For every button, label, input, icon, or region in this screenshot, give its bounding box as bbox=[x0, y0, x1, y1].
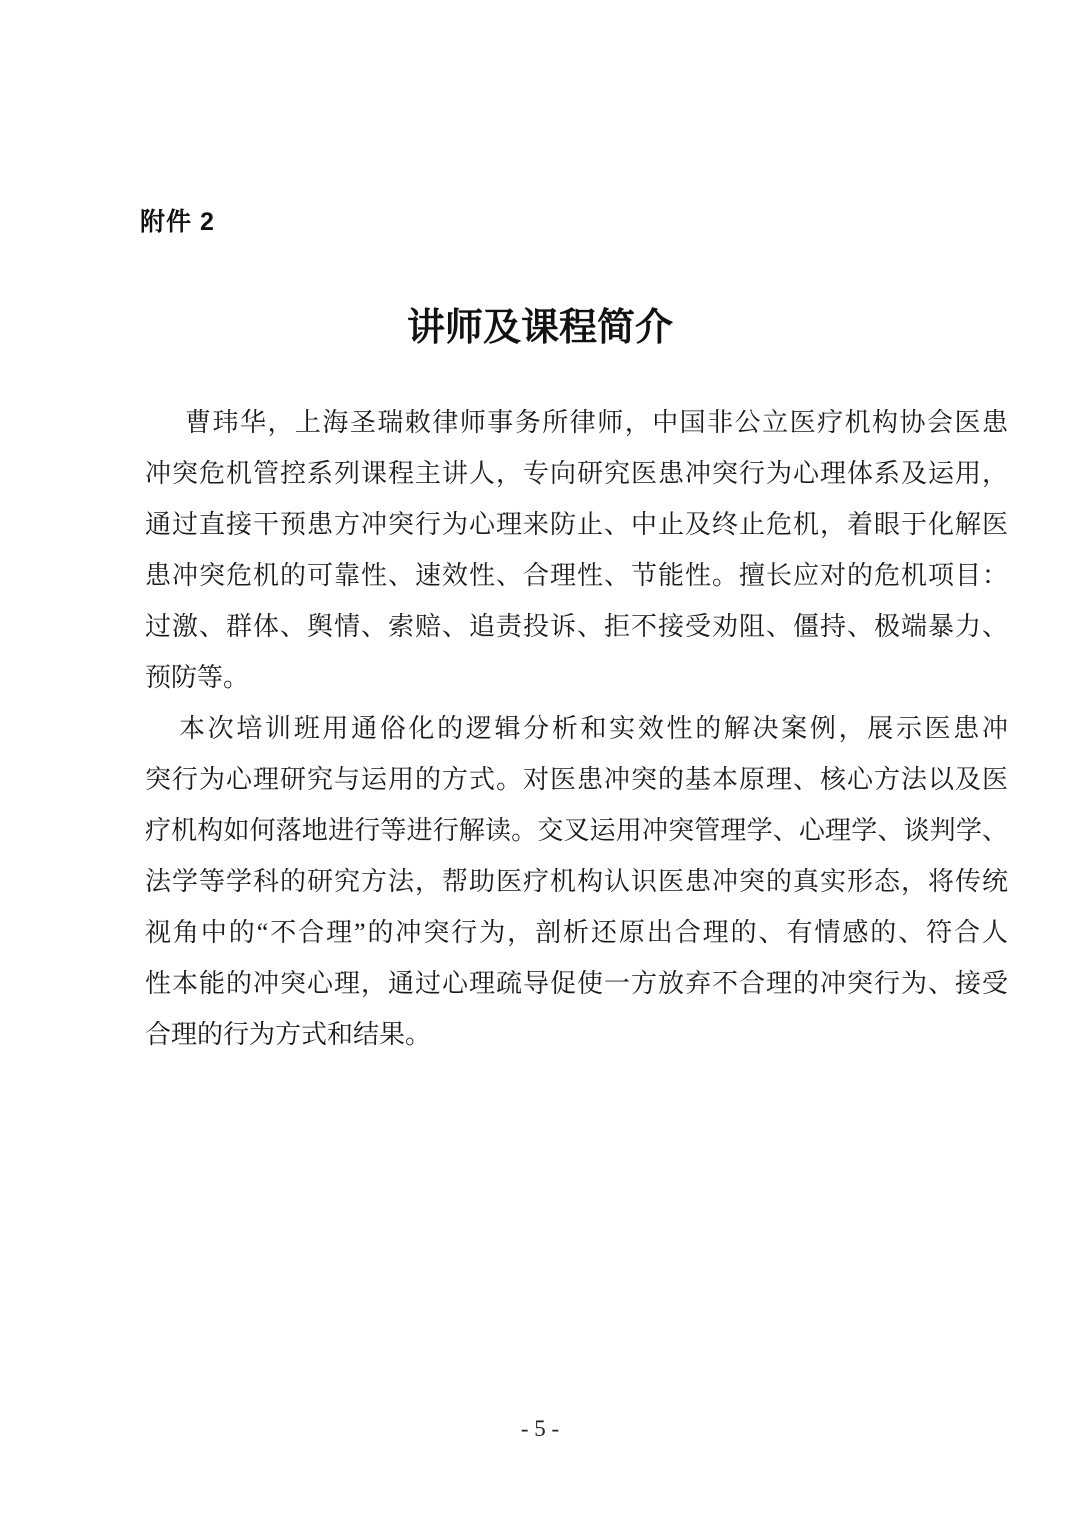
text-line: 疗机构如何落地进行等进行解读。交叉运用冲突管理学、心理学、谈判学、 bbox=[145, 805, 1008, 856]
paragraph: 曹玮华，上海圣瑞敕律师事务所律师，中国非公立医疗机构协会医患 冲突危机管控系列课… bbox=[145, 397, 1008, 703]
text-line: 曹玮华，上海圣瑞敕律师事务所律师，中国非公立医疗机构协会医患 bbox=[145, 397, 1008, 448]
text-line: 法学等学科的研究方法，帮助医疗机构认识医患冲突的真实形态，将传统 bbox=[145, 856, 1008, 907]
paragraph: 本次培训班用通俗化的逻辑分析和实效性的解决案例，展示医患冲 突行为心理研究与运用… bbox=[145, 703, 1008, 1060]
page-number: - 5 - bbox=[0, 1416, 1080, 1442]
document-body: 曹玮华，上海圣瑞敕律师事务所律师，中国非公立医疗机构协会医患 冲突危机管控系列课… bbox=[145, 397, 1008, 1060]
text-line: 患冲突危机的可靠性、速效性、合理性、节能性。擅长应对的危机项目： bbox=[145, 550, 1008, 601]
text-line: 冲突危机管控系列课程主讲人，专向研究医患冲突行为心理体系及运用， bbox=[145, 448, 1008, 499]
text-line: 视角中的“不合理”的冲突行为，剖析还原出合理的、有情感的、符合人 bbox=[145, 907, 1008, 958]
text-line: 合理的行为方式和结果。 bbox=[145, 1009, 1008, 1060]
page-title: 讲师及课程简介 bbox=[0, 296, 1080, 351]
text-line: 性本能的冲突心理，通过心理疏导促使一方放弃不合理的冲突行为、接受 bbox=[145, 958, 1008, 1009]
attachment-label: 附件 2 bbox=[140, 202, 215, 238]
text-line: 通过直接干预患方冲突行为心理来防止、中止及终止危机，着眼于化解医 bbox=[145, 499, 1008, 550]
text-line: 本次培训班用通俗化的逻辑分析和实效性的解决案例，展示医患冲 bbox=[145, 703, 1008, 754]
document-page: 附件 2 讲师及课程简介 曹玮华，上海圣瑞敕律师事务所律师，中国非公立医疗机构协… bbox=[0, 0, 1080, 1528]
text-line: 过激、群体、舆情、索赔、追责投诉、拒不接受劝阻、僵持、极端暴力、 bbox=[145, 601, 1008, 652]
text-line: 突行为心理研究与运用的方式。对医患冲突的基本原理、核心方法以及医 bbox=[145, 754, 1008, 805]
text-line: 预防等。 bbox=[145, 652, 1008, 703]
